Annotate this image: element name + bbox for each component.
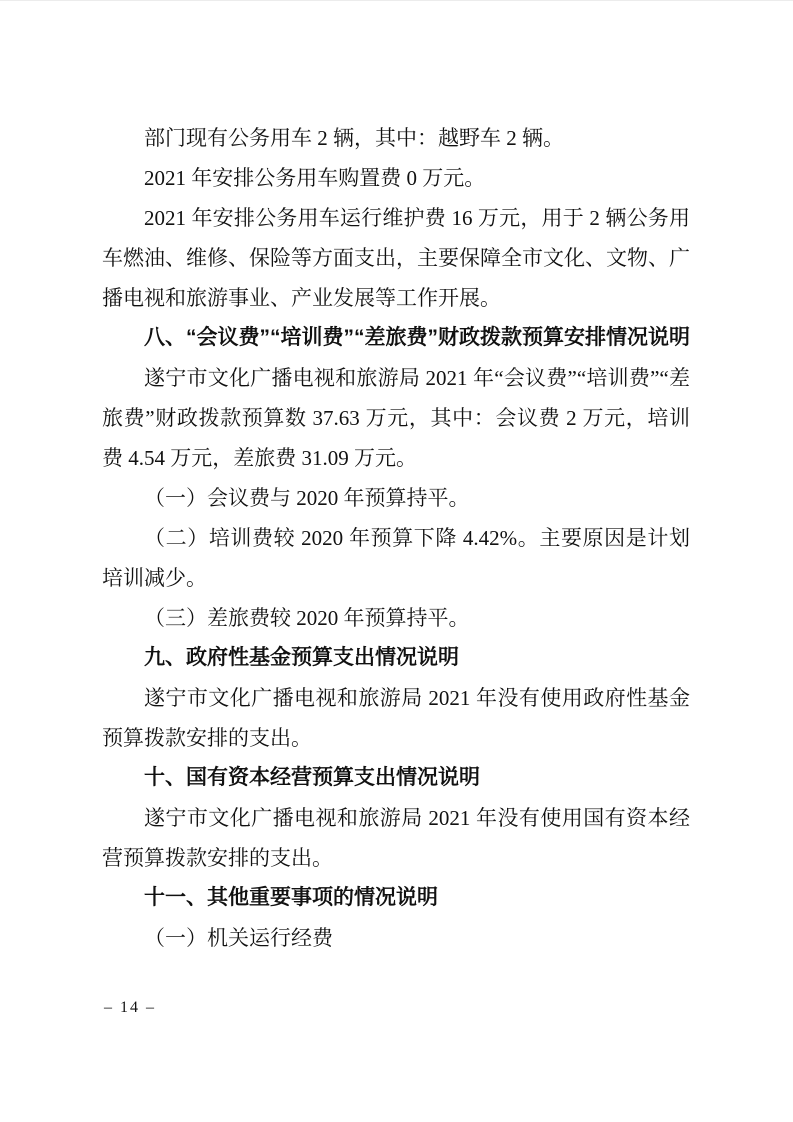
paragraph-state-capital-budget: 遂宁市文化广播电视和旅游局 2021 年没有使用国有资本经营预算拨款安排的支出。	[102, 798, 690, 878]
list-item-training-fee: （二）培训费较 2020 年预算下降 4.42%。主要原因是计划培训减少。	[102, 518, 690, 598]
paragraph-vehicle-purchase-budget: 2021 年安排公务用车购置费 0 万元。	[102, 158, 690, 198]
list-item-travel-fee: （三）差旅费较 2020 年预算持平。	[102, 598, 690, 638]
paragraph-government-fund-budget: 遂宁市文化广播电视和旅游局 2021 年没有使用政府性基金预算拨款安排的支出。	[102, 678, 690, 758]
paragraph-vehicle-maintenance-budget: 2021 年安排公务用车运行维护费 16 万元，用于 2 辆公务用车燃油、维修、…	[102, 198, 690, 318]
document-page: 部门现有公务用车 2 辆，其中：越野车 2 辆。 2021 年安排公务用车购置费…	[0, 0, 793, 1122]
subheading-agency-operating-expense: （一）机关运行经费	[102, 918, 690, 958]
paragraph-meeting-training-travel-budget: 遂宁市文化广播电视和旅游局 2021 年“会议费”“培训费”“差旅费”财政拨款预…	[102, 358, 690, 478]
heading-section-nine: 九、政府性基金预算支出情况说明	[102, 638, 690, 678]
page-number: – 14 –	[104, 997, 156, 1019]
heading-section-eleven: 十一、其他重要事项的情况说明	[102, 878, 690, 918]
heading-section-ten: 十、国有资本经营预算支出情况说明	[102, 758, 690, 798]
list-item-meeting-fee: （一）会议费与 2020 年预算持平。	[102, 478, 690, 518]
document-body: 部门现有公务用车 2 辆，其中：越野车 2 辆。 2021 年安排公务用车购置费…	[102, 118, 690, 958]
paragraph-current-vehicles: 部门现有公务用车 2 辆，其中：越野车 2 辆。	[102, 118, 690, 158]
heading-section-eight: 八、“会议费”“培训费”“差旅费”财政拨款预算安排情况说明	[102, 318, 690, 358]
